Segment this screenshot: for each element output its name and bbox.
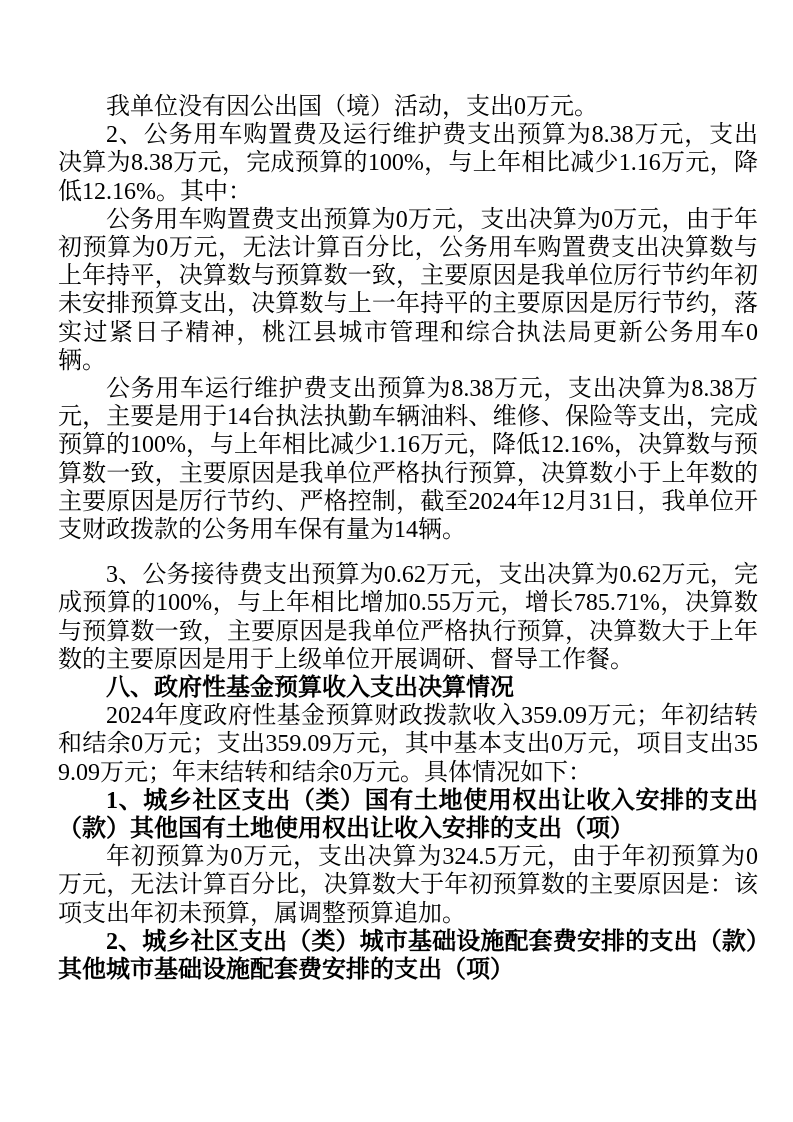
heading-item-1-land-transfer: 1、城乡社区支出（类）国有土地使用权出让收入安排的支出（款）其他国有土地使用权出…: [58, 787, 758, 843]
heading-section-eight-gov-fund: 八、政府性基金预算收入支出决算情况: [58, 674, 758, 702]
document-page: 我单位没有因公出国（境）活动，支出0万元。2、公务用车购置费及运行维护费支出预算…: [0, 0, 793, 1122]
paragraph-gov-fund-overview: 2024年度政府性基金预算财政拨款收入359.09万元；年初结转和结余0万元；支…: [58, 702, 758, 787]
paragraph-official-reception: 3、公务接待费支出预算为0.62万元，支出决算为0.62万元，完成预算的100%…: [58, 561, 758, 674]
heading-item-2-infrastructure-fee: 2、城乡社区支出（类）城市基础设施配套费安排的支出（款）其他城市基础设施配套费安…: [58, 928, 758, 984]
paragraph-vehicle-purchase-detail: 公务用车购置费支出预算为0万元，支出决算为0万元，由于年初预算为0万元，无法计算…: [58, 206, 758, 375]
paragraph-vehicle-maintenance-detail: 公务用车运行维护费支出预算为8.38万元，支出决算为8.38万元，主要是用于14…: [58, 375, 758, 544]
document-body: 我单位没有因公出国（境）活动，支出0万元。2、公务用车购置费及运行维护费支出预算…: [58, 93, 758, 984]
paragraph-no-overseas-trips: 我单位没有因公出国（境）活动，支出0万元。: [58, 93, 758, 121]
paragraph-official-vehicle-total: 2、公务用车购置费及运行维护费支出预算为8.38万元，支出决算为8.38万元，完…: [58, 121, 758, 206]
paragraph-item-1-detail: 年初预算为0万元，支出决算为324.5万元，由于年初预算为0万元，无法计算百分比…: [58, 843, 758, 928]
